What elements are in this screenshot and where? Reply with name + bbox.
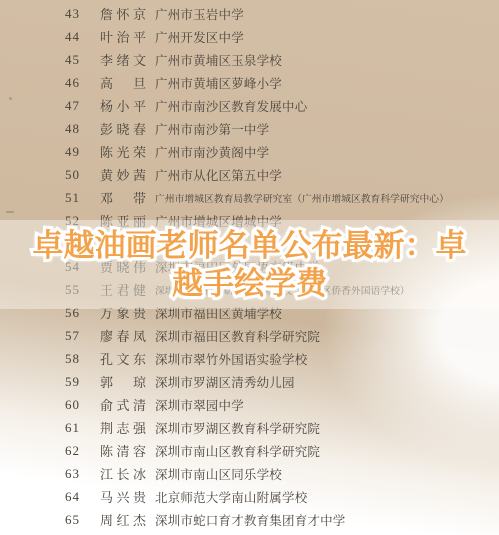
row-number: 50 <box>0 167 80 183</box>
school-name: 深圳市蛇口育才教育集团育才中学 <box>155 511 346 529</box>
photo-noise-speck <box>9 97 12 100</box>
row-number: 57 <box>0 328 80 344</box>
school-name: 深圳市翠园中学 <box>155 396 244 414</box>
teacher-name: 陈光荣 <box>100 142 146 161</box>
teacher-name: 邓带 <box>100 188 146 207</box>
teacher-name: 叶治平 <box>100 27 146 46</box>
table-row: 48彭晓春广州市南沙第一中学 <box>0 117 499 140</box>
teacher-name: 俞式清 <box>100 395 146 414</box>
headline-line-1: 卓越油画老师名单公布最新：卓 <box>0 227 499 265</box>
school-name: 深圳市南山区同乐学校 <box>155 465 282 483</box>
row-number: 44 <box>0 29 80 45</box>
teacher-name: 杨小平 <box>100 96 146 115</box>
table-row: 51邓带广州市增城区教育局教学研究室（广州市增城区教育科学研究中心） <box>0 186 499 209</box>
school-name: 广州市玉岩中学 <box>155 5 244 23</box>
teacher-name: 陈清容 <box>100 441 146 460</box>
teacher-name: 彭晓春 <box>100 119 146 138</box>
school-name: 北京师范大学南山附属学校 <box>155 488 307 506</box>
teacher-name: 李绪文 <box>100 50 146 69</box>
table-row: 59郭琼深圳市罗湖区清秀幼儿园 <box>0 370 499 393</box>
article-photo: 43詹怀京广州市玉岩中学44叶治平广州开发区中学45李绪文广州市黄埔区玉泉学校4… <box>0 0 499 535</box>
table-row: 45李绪文广州市黄埔区玉泉学校 <box>0 48 499 71</box>
teacher-name: 荆志强 <box>100 418 146 437</box>
school-name: 广州开发区中学 <box>155 28 244 46</box>
table-row: 63江长冰深圳市南山区同乐学校 <box>0 462 499 485</box>
school-name: 广州市增城区教育局教学研究室（广州市增城区教育科学研究中心） <box>155 191 449 205</box>
table-row: 61荆志强深圳市罗湖区教育科学研究院 <box>0 416 499 439</box>
teacher-name: 孔文东 <box>100 349 146 368</box>
school-name: 广州市南沙黄阁中学 <box>155 143 269 161</box>
row-number: 46 <box>0 75 80 91</box>
row-number: 48 <box>0 121 80 137</box>
school-name: 深圳市罗湖区清秀幼儿园 <box>155 373 295 391</box>
table-row: 65周红杰深圳市蛇口育才教育集团育才中学 <box>0 508 499 531</box>
teacher-name: 廖春凤 <box>100 326 146 345</box>
row-number: 61 <box>0 420 80 436</box>
teacher-name: 詹怀京 <box>100 4 146 23</box>
school-name: 广州市南沙区教育发展中心 <box>155 97 307 115</box>
row-number: 65 <box>0 512 80 528</box>
table-row: 43詹怀京广州市玉岩中学 <box>0 2 499 25</box>
headline-line-2: 越手绘学费 <box>0 265 499 303</box>
photo-noise-speck <box>6 211 14 213</box>
row-number: 60 <box>0 397 80 413</box>
teacher-name: 黄妙茜 <box>100 165 146 184</box>
table-row: 60俞式清深圳市翠园中学 <box>0 393 499 416</box>
school-name: 深圳市福田区教育科学研究院 <box>155 327 320 345</box>
school-name: 广州市从化区第五中学 <box>155 166 282 184</box>
table-row: 49陈光荣广州市南沙黄阁中学 <box>0 140 499 163</box>
school-name: 深圳市翠竹外国语实验学校 <box>155 350 307 368</box>
table-row: 57廖春凤深圳市福田区教育科学研究院 <box>0 324 499 347</box>
school-name: 深圳市南山区教育科学研究院 <box>155 442 320 460</box>
school-name: 广州市黄埔区萝峰小学 <box>155 74 282 92</box>
row-number: 64 <box>0 489 80 505</box>
teacher-name: 高旦 <box>100 73 146 92</box>
table-row: 64马兴贵北京师范大学南山附属学校 <box>0 485 499 508</box>
table-row: 58孔文东深圳市翠竹外国语实验学校 <box>0 347 499 370</box>
row-number: 63 <box>0 466 80 482</box>
row-number: 62 <box>0 443 80 459</box>
teacher-name: 周红杰 <box>100 510 146 529</box>
school-name: 广州市南沙第一中学 <box>155 120 269 138</box>
table-row: 50黄妙茜广州市从化区第五中学 <box>0 163 499 186</box>
headline-overlay: 卓越油画老师名单公布最新：卓 越手绘学费 <box>0 220 499 309</box>
table-row: 47杨小平广州市南沙区教育发展中心 <box>0 94 499 117</box>
teacher-name: 马兴贵 <box>100 487 146 506</box>
table-row: 62陈清容深圳市南山区教育科学研究院 <box>0 439 499 462</box>
table-row: 46高旦广州市黄埔区萝峰小学 <box>0 71 499 94</box>
teacher-name: 郭琼 <box>100 372 146 391</box>
row-number: 49 <box>0 144 80 160</box>
school-name: 广州市黄埔区玉泉学校 <box>155 51 282 69</box>
row-number: 58 <box>0 351 80 367</box>
row-number: 43 <box>0 6 80 22</box>
row-number: 45 <box>0 52 80 68</box>
table-row: 44叶治平广州开发区中学 <box>0 25 499 48</box>
teacher-name: 江长冰 <box>100 464 146 483</box>
row-number: 59 <box>0 374 80 390</box>
school-name: 深圳市罗湖区教育科学研究院 <box>155 419 320 437</box>
row-number: 47 <box>0 98 80 114</box>
row-number: 51 <box>0 190 80 206</box>
